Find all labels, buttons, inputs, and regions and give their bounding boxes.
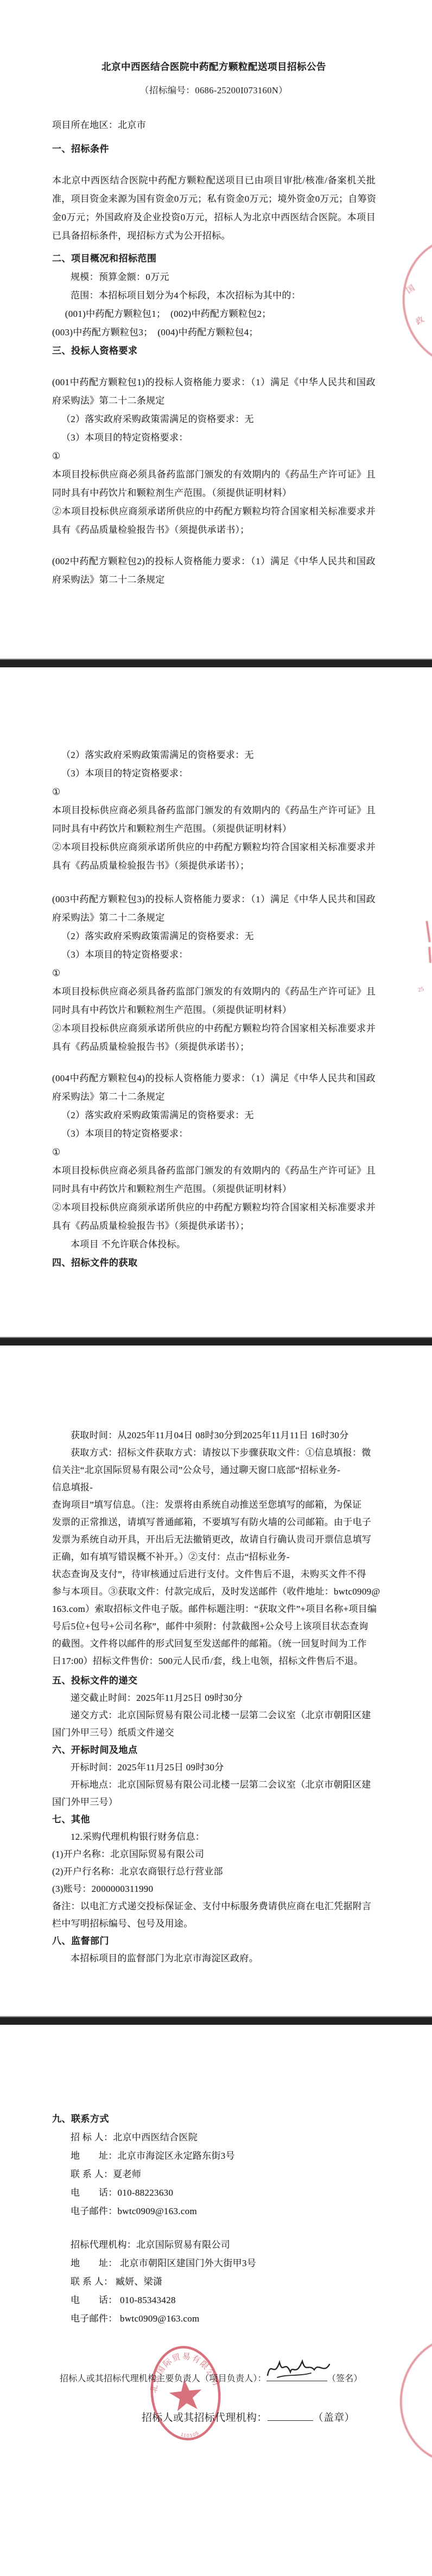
lot-list-line: (003)中药配方颗粒包3； (004)中药配方颗粒包4； [52,323,376,342]
tenderer-phone: 电 话：010-88223630 [52,2184,376,2202]
doc-line: （2）落实政府采购政策需满足的资格要求：无 [52,410,376,429]
stamp-blank-line [268,2409,313,2421]
doc-line: （3）本项目的特定资格要求： [52,1125,376,1143]
doc-line: 栏中写明招标编号、包号及用途。 [52,1915,376,1933]
doc-line: 本项目投标供应商必须具备药监部门颁发的有效期内的《药品生产许可证》且 [52,801,376,820]
heading-3-qualification: 三、投标人资格要求 [52,342,376,360]
heading-2-overview: 二、项目概况和招标范围 [52,250,376,268]
doc-line: ②本项目投标供应商须承诺所供应的中药配方颗粒均符合国家相关标准要求并 [52,1198,376,1217]
doc-line: 日17:00）招标文件售价：500元人民币/套，线上电领，招标文件售后不退。 [52,1653,376,1670]
doc-line: 府采购法》第二十二条规定 [52,1088,376,1106]
red-seal-edge-fragment [392,2329,432,2471]
doc-line: 递交方式：北京国际贸易有限公司北楼一层第二会议室（北京市朝阳区建 [52,1707,376,1724]
signature-line [266,2370,327,2381]
agency-name: 招标代理机构：北京国际贸易有限公司 [52,2236,376,2254]
doc-line: 163.com）索取招标文件电子版。邮件标题注明：“获取文件”+项目名称+项目编 [52,1601,376,1618]
no-joint-venture-line: 本项目 不允许联合体投标。 [52,1235,376,1254]
doc-line: 已具备招标条件，现招标方式为公开招标。 [52,227,376,245]
page-divider [0,659,432,667]
doc-line: 国门外甲三号）纸质文件递交 [52,1724,376,1742]
agency-address: 地 址： 北京市朝阳区建国门外大街甲3号 [52,2254,376,2273]
doc-line: 规模：预算金额：0万元 [52,268,376,286]
heading-1-conditions: 一、招标条件 [52,140,376,158]
doc-line: ① [52,964,376,983]
doc-line: （2）落实政府采购政策需满足的资格要求：无 [52,746,376,764]
qualification-block-001: (001中药配方颗粒包1)的投标人资格能力要求：（1）满足《中华人民共和国政 府… [52,373,376,539]
doc-line: 发票为系统自动开具，开出后无法撤销更改，故请自行确认贵司开票信息填写 [52,1531,376,1548]
doc-line: （3）本项目的特定资格要求： [52,946,376,964]
doc-line: 同时具有中药饮片和颗粒剂生产范围。（须提供证明材料） [52,1180,376,1198]
doc-line: 金0万元；外国政府及企业投资0万元，招标人为北京中西医结合医院。本项目 [52,208,376,227]
doc-line: （2）落实政府采购政策需满足的资格要求：无 [52,927,376,946]
region-line: 项目所在地区：北京市 [52,116,376,135]
tenderer-contact: 联 系 人：夏老师 [52,2165,376,2184]
supervision-line: 本招标项目的监督部门为北京市海淀区政府。 [52,1950,376,1967]
doc-line: 获取方式：招标文件获取方式：请按以下步骤获取文件：①信息填报：微 [52,1444,376,1462]
doc-line: 开标时间：2025年11月25日 09时30分 [52,1759,376,1776]
agency-email: 电子邮件： bwtc0909@163.com [52,2310,376,2328]
handwritten-signature [263,2354,334,2384]
red-seal-edge-fragment: 国 政 [392,227,432,376]
doc-line: 本北京中西医结合医院中药配方颗粒配送项目已由项目审批/核准/备案机关批 [52,171,376,190]
doc-line: 本项目投标供应商必须具备药监部门颁发的有效期内的《药品生产许可证》且 [52,983,376,1001]
doc-line: 具有《药品质量检验报告书》（须提供承诺书）； [52,1217,376,1235]
bank-account-number: (3)账号：2000000311990 [52,1880,376,1898]
doc-line: ① [52,447,376,466]
doc-line: 府采购法》第二十二条规定 [52,571,376,589]
qualification-block-003: (003中药配方颗粒包3)的投标人资格能力要求：（1）满足《中华人民共和国政 府… [52,890,376,1056]
heading-4-document-acquisition: 四、招标文件的获取 [52,1254,376,1272]
doc-line: 正确，如有填写错误概不补开。）②支付：点击“招标业务- [52,1548,376,1566]
doc-line: 状态查询及支付”，待审核通过后进行支付。文件售后不退，未购买文件不得 [52,1566,376,1583]
doc-line: 信息填报- [52,1479,376,1496]
doc-line: （3）本项目的特定资格要求： [52,764,376,783]
doc-line: 同时具有中药饮片和颗粒剂生产范围。（须提供证明材料） [52,484,376,502]
page-3: 获取时间：从2025年11月04日 08时30分到2025年11月11日 16时… [0,1346,432,2016]
red-seal-fragment-text: 25 [417,986,424,993]
tender-number: （招标编号：0686-25200I073160N） [52,81,376,100]
doc-line: ① [52,783,376,801]
doc-line: ②本项目投标供应商须承诺所供应的中药配方颗粒均符合国家相关标准要求并 [52,1019,376,1038]
doc-line: ① [52,1143,376,1162]
tenderer-email: 电子邮件：bwtc0909@163.com [52,2202,376,2221]
page-1: 北京中西医结合医院中药配方颗粒配送项目招标公告 （招标编号：0686-25200… [0,0,432,659]
doc-line: 参与本项目。③获取文件：付款完成后，及时发送邮件（收件地址：bwtc0909@ [52,1583,376,1601]
doc-line: 的截图。文件将以邮件的形式回复至发送邮件的邮箱。（统一回复时间为工作 [52,1635,376,1653]
doc-line: 号后5位+包号+公司名称”，邮件中须附：付款截图+公众号上该项目状态查询 [52,1618,376,1635]
stamp-suffix: （盖章） [313,2412,355,2424]
heading-9-contact: 九、联系方式 [52,2110,376,2128]
seal-star-icon [168,2378,204,2412]
doc-line: 同时具有中药饮片和颗粒剂生产范围。（须提供证明材料） [52,1001,376,1019]
bank-account-name: (1)开户名称：北京国际贸易有限公司 [52,1846,376,1863]
page-divider [0,1337,432,1346]
doc-line: 递交截止时间：2025年11月25日 09时30分 [52,1689,376,1707]
heading-5-bid-submission: 五、投标文件的递交 [52,1672,376,1689]
red-seal-fragment [428,947,431,963]
red-seal-fragment [425,921,431,942]
heading-7-other: 七、其他 [52,1811,376,1828]
doc-line: 查询项目”填写信息。（注：发票将由系统自动推送至您填写的邮箱，为保证 [52,1496,376,1514]
heading-8-supervision: 八、监督部门 [52,1933,376,1950]
doc-line: 国门外甲三号） [52,1794,376,1811]
doc-line: (002中药配方颗粒包2)的投标人资格能力要求：（1）满足《中华人民共和国政 [52,552,376,571]
doc-line: (004中药配方颗粒包4)的投标人资格能力要求：（1）满足《中华人民共和国政 [52,1069,376,1088]
page-4: 九、联系方式 招 标 人：北京中西医结合医院 地 址：北京市海淀区永定路东街3号… [0,2025,432,2576]
doc-line: 本项目投标供应商必须具备药监部门颁发的有效期内的《药品生产许可证》且 [52,1162,376,1180]
scanned-tender-announcement: 北京中西医结合医院中药配方颗粒配送项目招标公告 （招标编号：0686-25200… [0,0,432,2576]
bank-info-heading: 12.采购代理机构银行财务信息： [52,1828,376,1846]
doc-line: 范围：本招标项目划分为4个标段，本次招标为其中的： [52,286,376,305]
doc-line: 获取时间：从2025年11月04日 08时30分到2025年11月11日 16时… [52,1427,376,1444]
doc-line: 同时具有中药饮片和颗粒剂生产范围。（须提供证明材料） [52,820,376,838]
doc-line: 发票的正常推送，请填写普通邮箱，不要填写有防火墙的公司邮箱。由于电子 [52,1514,376,1531]
doc-line: （3）本项目的特定资格要求： [52,429,376,447]
seal-character: 政 [413,314,426,328]
doc-line: 备注：以电汇方式递交投标保证金、支付中标服务费请供应商在电汇凭据附言 [52,1898,376,1915]
tenderer-address: 地 址：北京市海淀区永定路东街3号 [52,2147,376,2165]
seal-character: 国 [404,282,417,296]
doc-line: 具有《药品质量检验报告书》（须提供承诺书）； [52,1038,376,1056]
doc-line: 具有《药品质量检验报告书》（须提供承诺书）； [52,857,376,875]
doc-line: 本项目投标供应商必须具备药监部门颁发的有效期内的《药品生产许可证》且 [52,466,376,484]
doc-line: （2）落实政府采购政策需满足的资格要求：无 [52,1106,376,1125]
doc-line: 开标地点：北京国际贸易有限公司北楼一层第二会议室（北京市朝阳区建 [52,1776,376,1794]
doc-line: (001中药配方颗粒包1)的投标人资格能力要求：（1）满足《中华人民共和国政 [52,373,376,392]
doc-line: ②本项目投标供应商须承诺所供应的中药配方颗粒均符合国家相关标准要求并 [52,838,376,857]
doc-line: ②本项目投标供应商须承诺所供应的中药配方颗粒均符合国家相关标准要求并 [52,502,376,521]
doc-line: 信关注“北京国际贸易有限公司”公众号，通过聊天窗口底部“招标业务- [52,1462,376,1479]
doc-line: 府采购法》第二十二条规定 [52,909,376,927]
doc-line: 准，项目资金来源为国有资金0万元；私有资金0万元；境外资金0万元；自筹资 [52,190,376,208]
heading-6-bid-opening: 六、开标时间及地点 [52,1742,376,1759]
qualification-block-002-rest: （2）落实政府采购政策需满足的资格要求：无 （3）本项目的特定资格要求： ① 本… [52,746,376,875]
page-divider [0,2016,432,2025]
agency-contact: 联 系 人： 臧妍、梁潇 [52,2273,376,2291]
agency-phone: 电 话： 010-85343428 [52,2291,376,2310]
doc-line: 府采购法》第二十二条规定 [52,392,376,410]
qualification-block-004: (004中药配方颗粒包4)的投标人资格能力要求：（1）满足《中华人民共和国政 府… [52,1069,376,1235]
tenderer-name: 招 标 人：北京中西医结合医院 [52,2128,376,2147]
lot-list-line: (001)中药配方颗粒包1； (002)中药配方颗粒包2； [52,305,376,323]
qualification-block-002-head: (002中药配方颗粒包2)的投标人资格能力要求：（1）满足《中华人民共和国政 府… [52,552,376,589]
page-2: （2）落实政府采购政策需满足的资格要求：无 （3）本项目的特定资格要求： ① 本… [0,667,432,1337]
doc-line: 具有《药品质量检验报告书》（须提供承诺书）； [52,521,376,539]
doc-title: 北京中西医结合医院中药配方颗粒配送项目招标公告 [52,58,376,76]
agency-round-seal: 北京国际贸易有限公司 110105 [143,2339,229,2447]
bank-name: (2)开户行名称：北京农商银行总行营业部 [52,1863,376,1880]
doc-line: (003中药配方颗粒包3)的投标人资格能力要求：（1）满足《中华人民共和国政 [52,890,376,909]
